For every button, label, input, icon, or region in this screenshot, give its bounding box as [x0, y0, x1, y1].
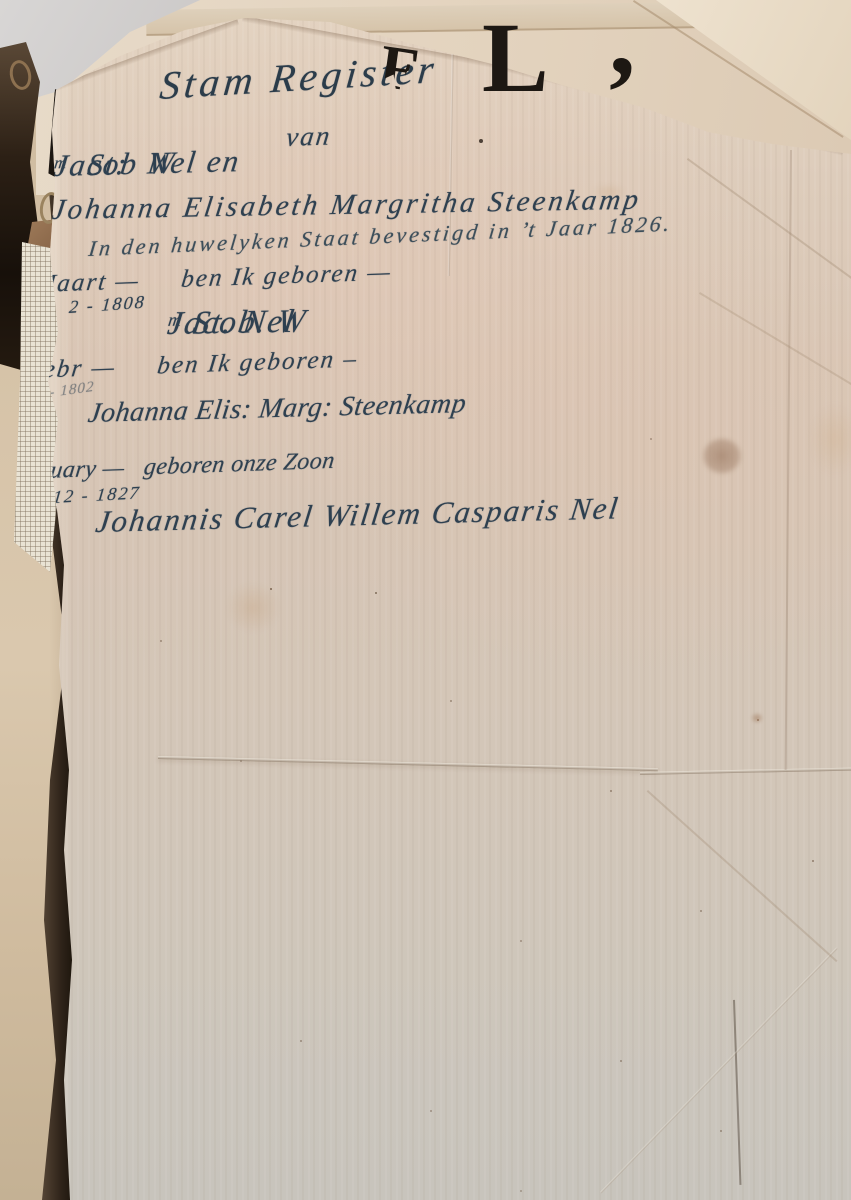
- husband-name-rest: St: Nel en: [66, 145, 242, 180]
- printed-apostrophe: ’: [604, 40, 639, 145]
- title-connector: van: [285, 122, 334, 151]
- edge-stain: [800, 392, 851, 487]
- entry1-name-rest: St. Nel: [180, 306, 297, 341]
- husband-name-line: Jacob Wm St: Nel en: [52, 150, 70, 181]
- top-right-corner-fold: [656, 0, 851, 140]
- handwritten-register-page: Stam Register van Jacob Wm St: Nel en Jo…: [0, 0, 851, 1200]
- entry1-name: Jacob. Wm St. Nel: [165, 308, 185, 341]
- photo-of-family-register-page: F L ’ Stam Register van Jacob Wm St: Nel…: [0, 0, 851, 1200]
